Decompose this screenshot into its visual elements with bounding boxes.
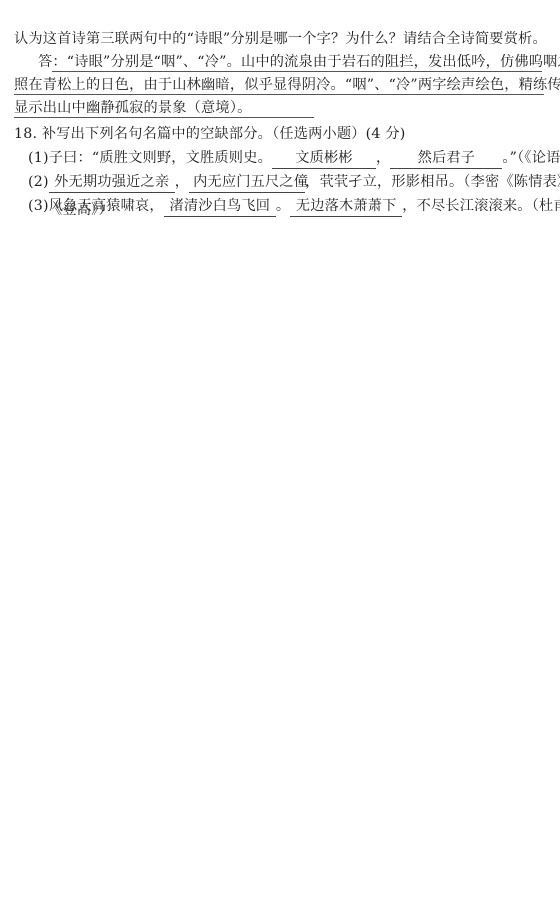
passage [0,0,560,900]
